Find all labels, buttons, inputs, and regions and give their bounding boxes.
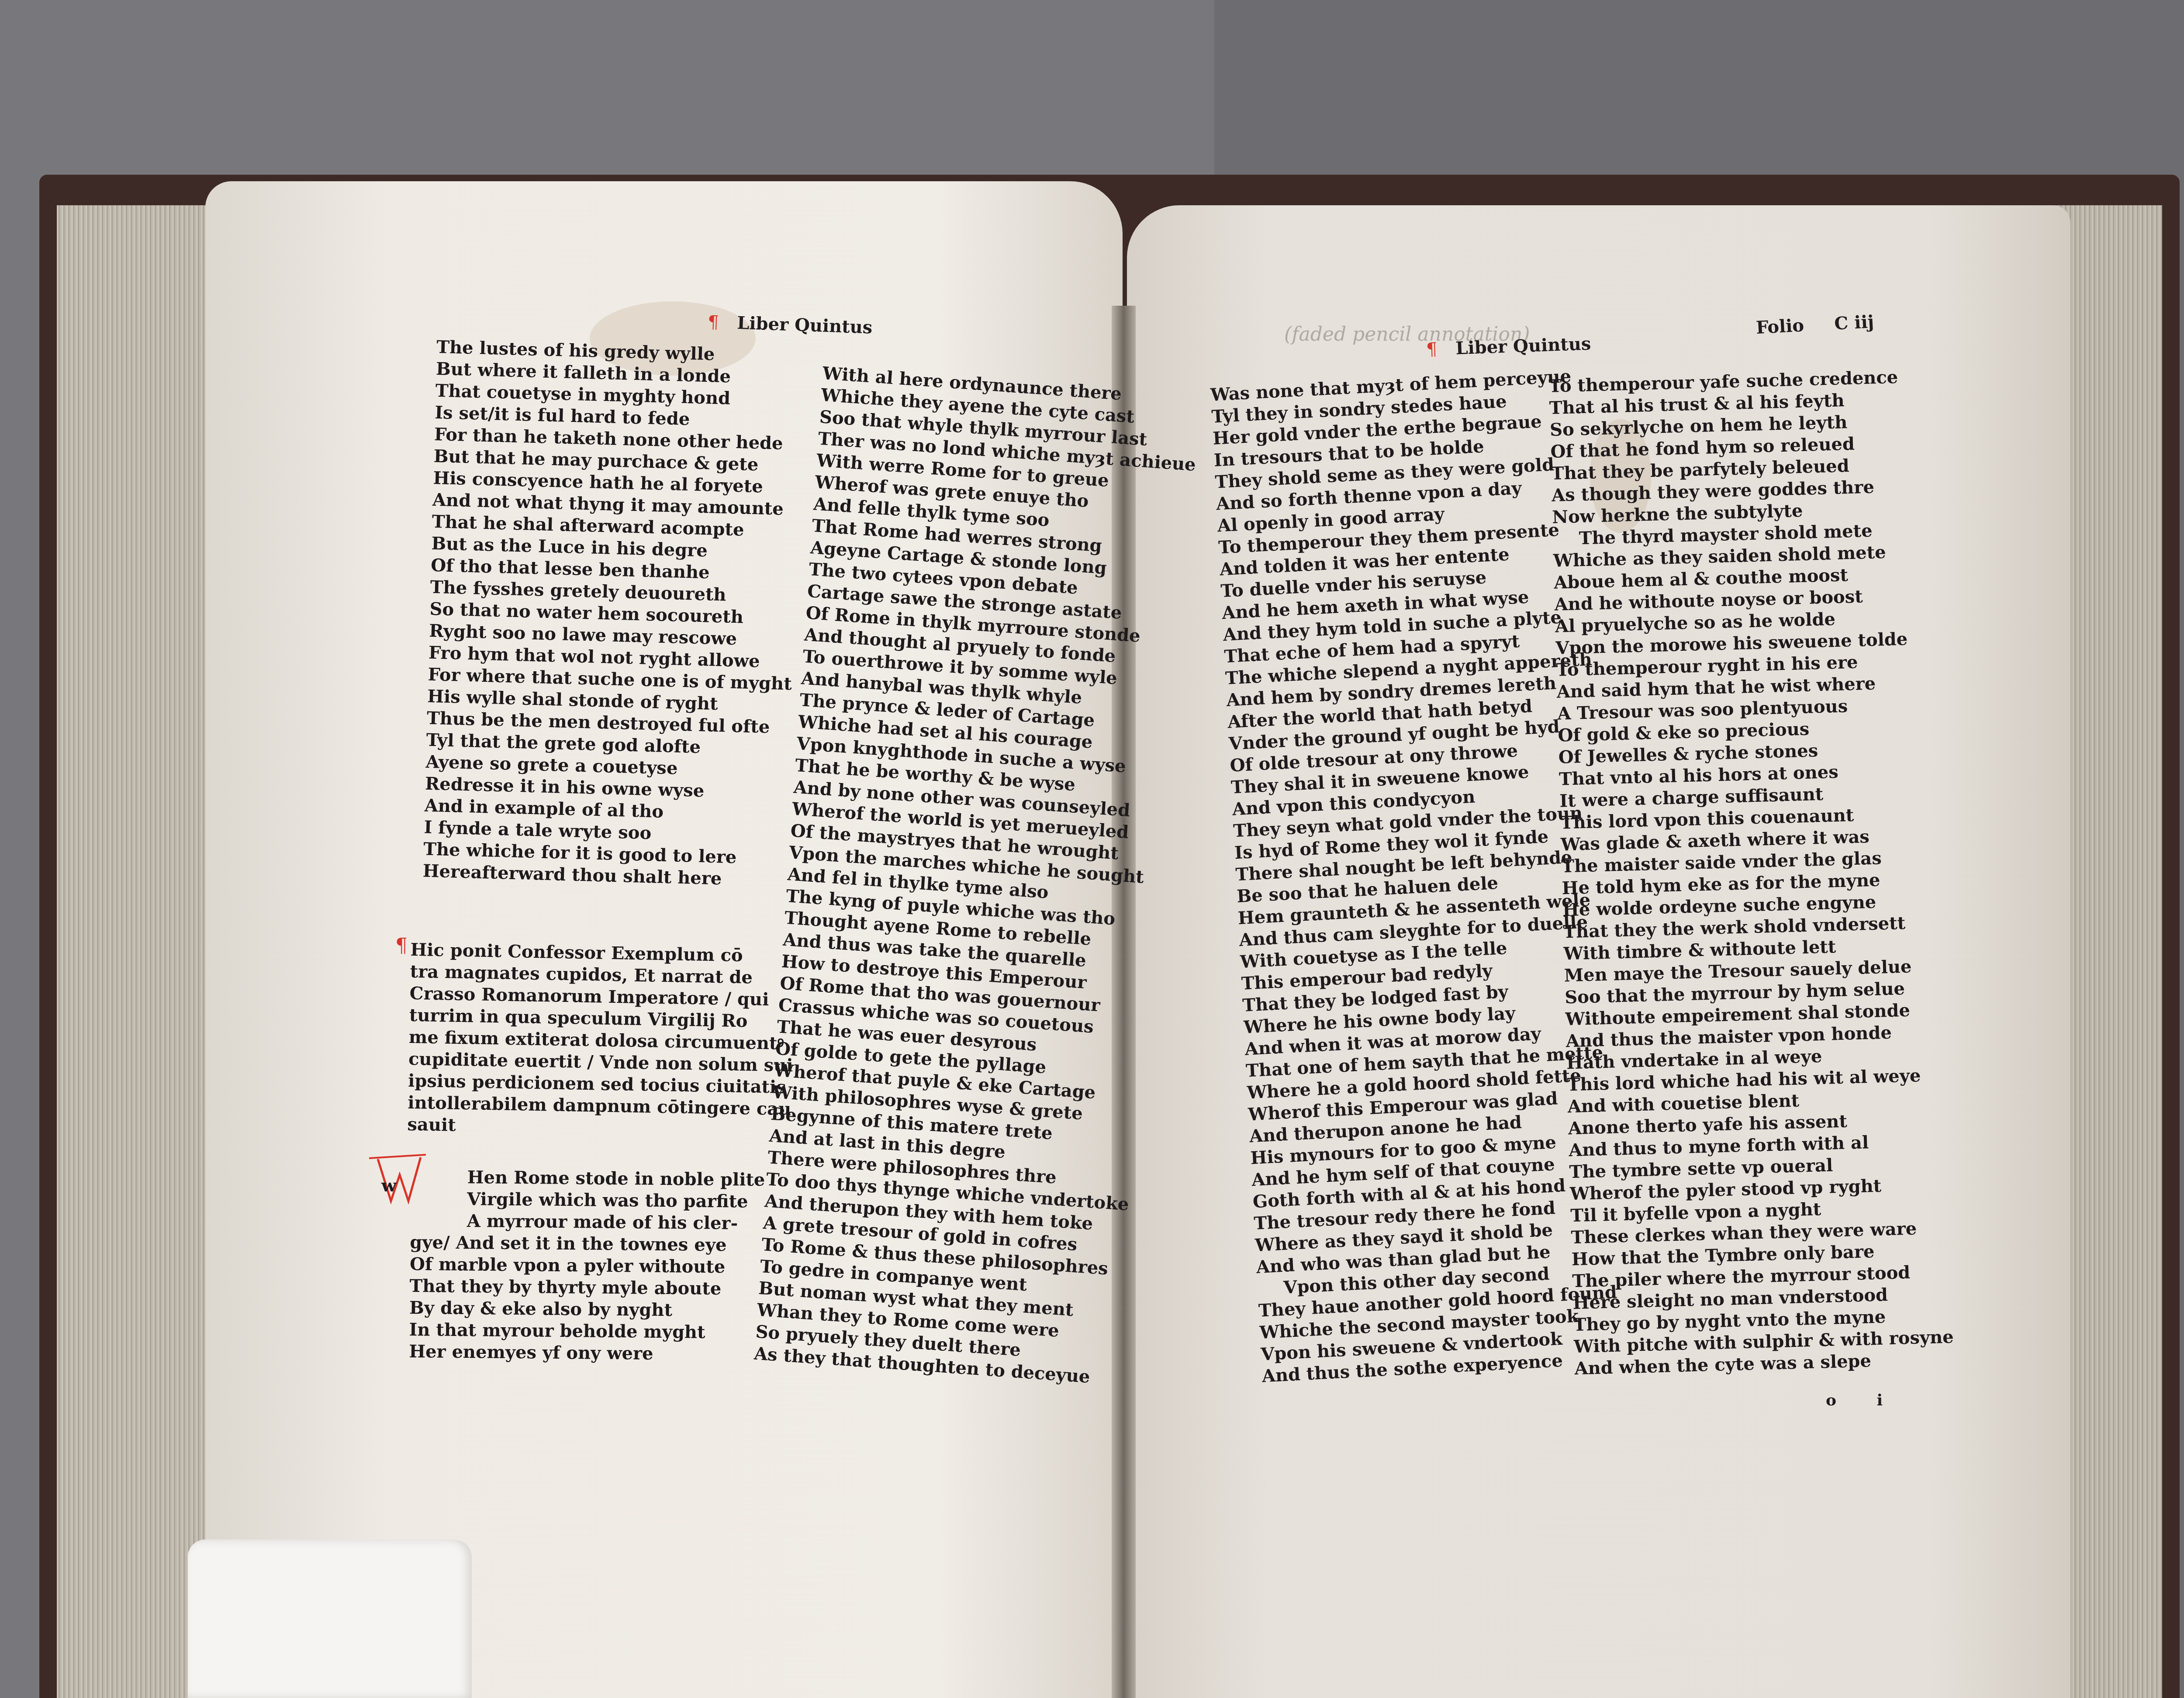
verse-line: Her enemyes yf ony were <box>409 1341 764 1366</box>
latin-gloss: Hic ponit Confessor Exemplum cō tra magn… <box>407 939 795 1142</box>
left-page-column-1: The lustes of his gredy wylle But where … <box>422 336 801 891</box>
verse-line: Of marble vpon a pyler withoute <box>410 1253 764 1278</box>
svg-text:w: w <box>381 1175 397 1196</box>
verse-line: By day & eke also by nyght <box>409 1297 764 1322</box>
pilcrow-icon: ¶ <box>395 935 408 957</box>
pilcrow-icon: ¶ <box>1426 339 1438 360</box>
folio-value: C iij <box>1834 311 1874 334</box>
verse-line: A myrrour made of his cler- <box>410 1210 765 1235</box>
right-page-column-2: To themperour yafe suche credence That a… <box>1548 366 1955 1380</box>
verse-line: That they by thyrty myle aboute <box>409 1275 764 1300</box>
verse-line: Virgile which was tho parfite <box>410 1188 765 1213</box>
tale-opening: Hen Rome stode in noble plite Virgile wh… <box>409 1166 765 1366</box>
pilcrow-icon: ¶ <box>707 312 719 332</box>
verse-line: In that myrour beholde myght <box>409 1319 764 1344</box>
foam-book-support <box>188 1539 472 1698</box>
signature-mark: o i <box>1826 1391 1900 1409</box>
verse-line: Hen Rome stode in noble plite <box>411 1166 765 1191</box>
folio-label: Folio <box>1755 315 1804 338</box>
left-page-column-2: With al here ordynaunce there Whiche the… <box>753 362 1201 1391</box>
verse-line: gye/ And set it in the townes eye <box>410 1232 764 1256</box>
